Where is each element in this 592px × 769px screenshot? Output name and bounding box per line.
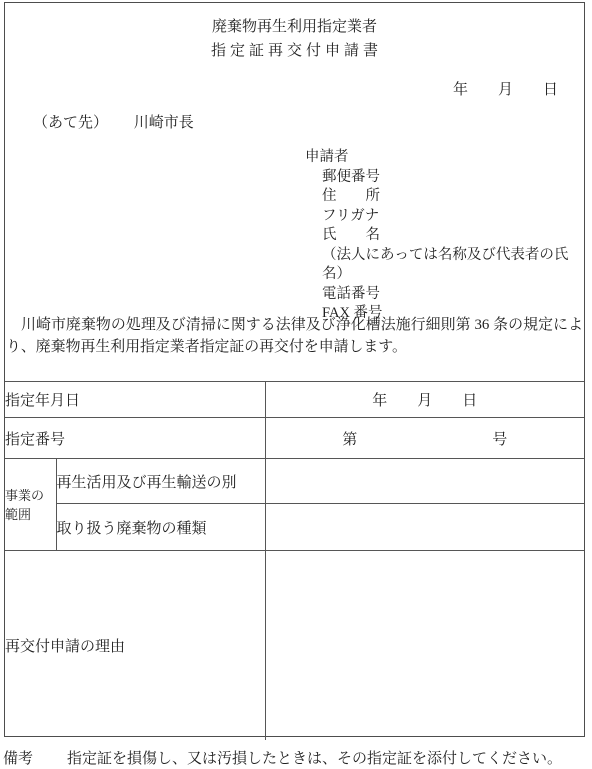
table-row-designation-date: 指定年月日 年 月 日 xyxy=(5,382,584,418)
applicant-field-address: 住 所 xyxy=(322,187,584,207)
remarks-note: 備考指定証を損傷し、又は汚損したときは、その指定証を添付してください。 xyxy=(3,747,562,768)
applicant-heading: 申請者 xyxy=(305,148,584,168)
application-statement: 川崎市廃棄物の処理及び清掃に関する法律及び浄化槽法施行細則第 36 条の規定によ… xyxy=(6,315,583,358)
designation-date-value: 年 月 日 xyxy=(265,382,584,418)
form-title-line2: 指定証再交付申請書 xyxy=(5,41,584,61)
applicant-field-name: 氏 名 xyxy=(322,226,584,246)
remarks-text: 指定証を損傷し、又は汚損したときは、その指定証を添付してください。 xyxy=(67,751,562,767)
table-row-recycling-transport-type: 事業の範囲 再生活用及び再生輸送の別 xyxy=(5,459,584,504)
applicant-field-phone: 電話番号 xyxy=(322,285,584,305)
addressee-label: （あて先） xyxy=(33,115,108,131)
remarks-label: 備考 xyxy=(3,751,33,767)
applicant-fields: 郵便番号 住 所 フリガナ 氏 名 （法人にあっては名称及び代表者の氏名） 電話… xyxy=(322,168,584,324)
reissue-reason-value xyxy=(265,551,584,741)
form-title-line1: 廃棄物再生利用指定業者 xyxy=(5,17,584,37)
addressee-line: （あて先） 川崎市長 xyxy=(33,111,194,132)
applicant-field-furigana: フリガナ xyxy=(322,207,584,227)
designation-number-label: 指定番号 xyxy=(5,418,265,459)
addressee-name: 川崎市長 xyxy=(134,115,194,131)
table-row-waste-types: 取り扱う廃棄物の種類 xyxy=(5,504,584,551)
application-date-blank: 年 月 日 xyxy=(5,78,584,99)
applicant-field-corporation-note: （法人にあっては名称及び代表者の氏名） xyxy=(322,246,584,285)
application-form-page: 廃棄物再生利用指定業者 指定証再交付申請書 年 月 日 （あて先） 川崎市長 申… xyxy=(0,0,592,769)
recycling-transport-type-value xyxy=(265,459,584,504)
waste-types-label: 取り扱う廃棄物の種類 xyxy=(56,504,265,551)
designation-date-label: 指定年月日 xyxy=(5,382,265,418)
applicant-block: 申請者 郵便番号 住 所 フリガナ 氏 名 （法人にあっては名称及び代表者の氏名… xyxy=(305,148,584,324)
business-scope-group-label: 事業の範囲 xyxy=(5,459,56,551)
designation-number-value: 第 号 xyxy=(265,418,584,459)
table-row-reissue-reason: 再交付申請の理由 xyxy=(5,551,584,741)
applicant-field-postal-code: 郵便番号 xyxy=(322,168,584,188)
form-outer-frame: 廃棄物再生利用指定業者 指定証再交付申請書 年 月 日 （あて先） 川崎市長 申… xyxy=(4,2,585,737)
waste-types-value xyxy=(265,504,584,551)
table-row-designation-number: 指定番号 第 号 xyxy=(5,418,584,459)
designation-table: 指定年月日 年 月 日 指定番号 第 号 事業の範囲 再生活用及び再生輸送の別 … xyxy=(5,381,584,740)
recycling-transport-type-label: 再生活用及び再生輸送の別 xyxy=(56,459,265,504)
reissue-reason-label: 再交付申請の理由 xyxy=(5,551,265,741)
